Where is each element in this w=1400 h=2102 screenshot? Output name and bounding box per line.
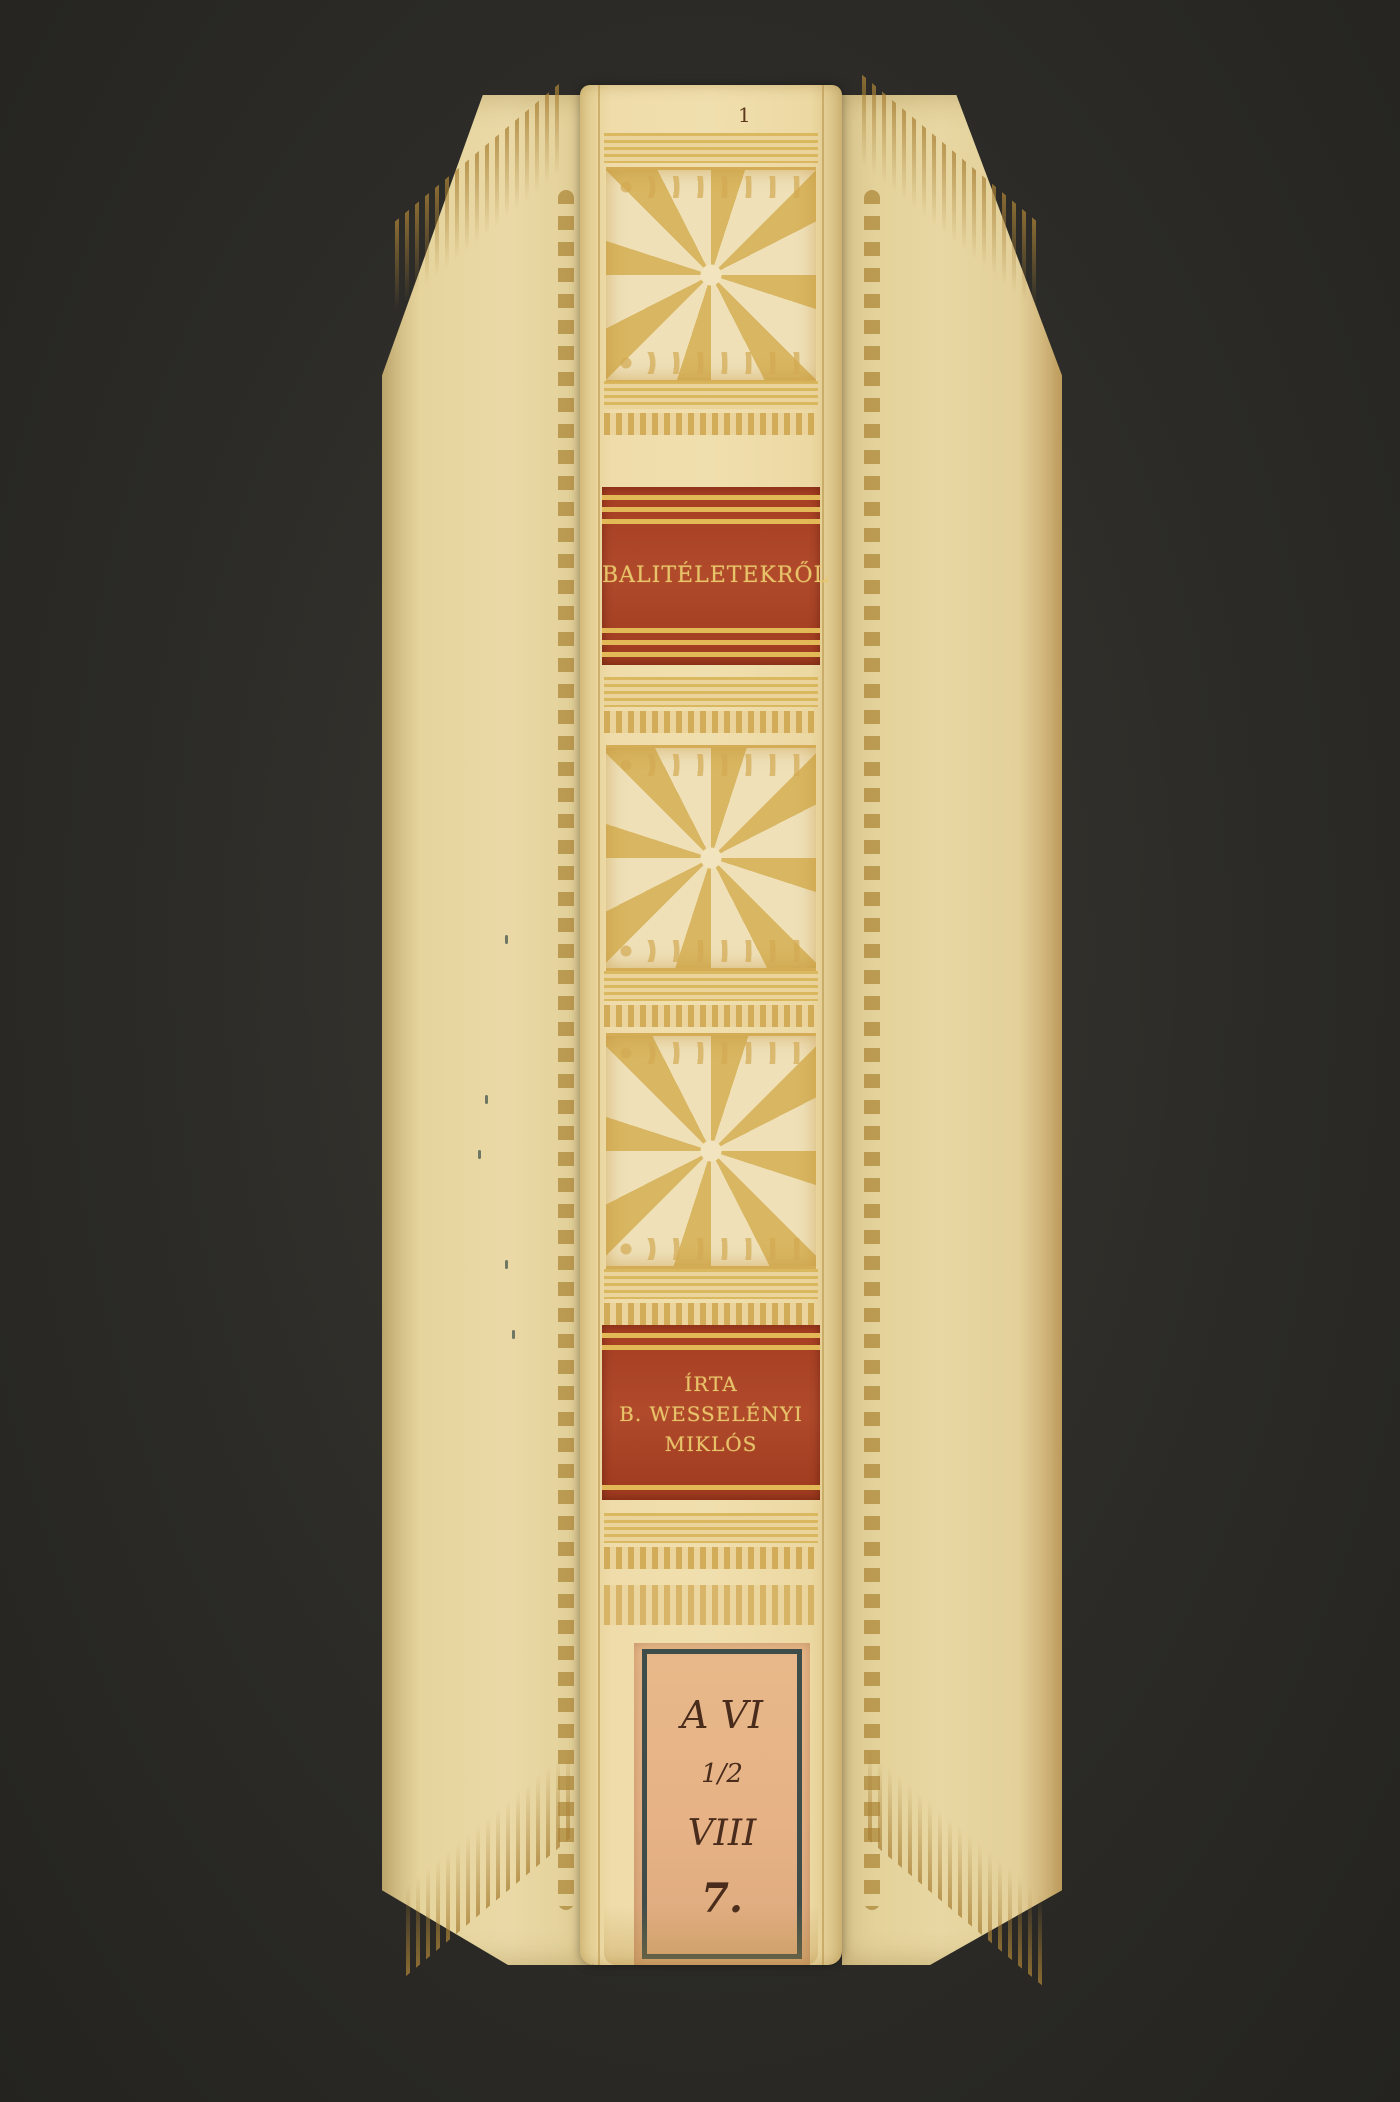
gilt-chain (604, 413, 818, 435)
shelfmark-line-1: A VI (634, 1693, 810, 1737)
title-label: BALITÉLETEKRŐL (602, 487, 820, 665)
gilt-rule (602, 519, 820, 524)
gilt-rule (602, 1333, 820, 1338)
book-title: BALITÉLETEKRŐL (602, 563, 820, 588)
stain-speck (505, 1260, 508, 1269)
gilt-band (604, 677, 818, 707)
gilt-rule (602, 507, 820, 512)
gilt-band (604, 133, 818, 163)
gilt-chain (604, 711, 818, 733)
leaf-roll-right (864, 190, 880, 1910)
gilt-rule (602, 652, 820, 657)
gilt-band (604, 1269, 818, 1299)
floral-panel-top (606, 167, 816, 383)
shelfmark-line-2: 1/2 (634, 1759, 810, 1789)
stain-speck (512, 1330, 515, 1339)
author-label: ÍRTA B. WESSELÉNYI MIKLÓS (602, 1325, 820, 1500)
gilt-band (604, 381, 818, 409)
stain-speck (485, 1095, 488, 1104)
gilt-chain (604, 1547, 818, 1569)
leaf-roll-left (558, 190, 574, 1910)
gilt-band (604, 971, 818, 1001)
gilt-chain (604, 1303, 818, 1325)
gilt-rule (602, 1485, 820, 1490)
author-line-3: MIKLÓS (602, 1429, 820, 1459)
photo-scene: 1 BALITÉLETEKRŐL ÍRTA B. W (0, 0, 1400, 2102)
gilt-rule (602, 628, 820, 633)
author-text: ÍRTA B. WESSELÉNYI MIKLÓS (602, 1369, 820, 1459)
top-pencil-mark: 1 (738, 103, 751, 127)
author-line-2: B. WESSELÉNYI (602, 1399, 820, 1429)
gilt-scroll-row (604, 1585, 818, 1625)
spine-tail (604, 1905, 818, 1965)
stain-speck (505, 935, 508, 944)
gilt-rule (602, 495, 820, 500)
author-line-1: ÍRTA (602, 1369, 820, 1399)
floral-panel-lower (606, 1033, 816, 1269)
gilt-chain (604, 1005, 818, 1027)
gilt-rule (602, 1345, 820, 1350)
gilt-band (604, 1513, 818, 1543)
gilt-rule (602, 640, 820, 645)
book-spine: 1 BALITÉLETEKRŐL ÍRTA B. W (580, 85, 842, 1965)
stain-speck (478, 1150, 481, 1159)
shelfmark-line-3: VIII (634, 1813, 810, 1854)
floral-panel-middle (606, 745, 816, 971)
